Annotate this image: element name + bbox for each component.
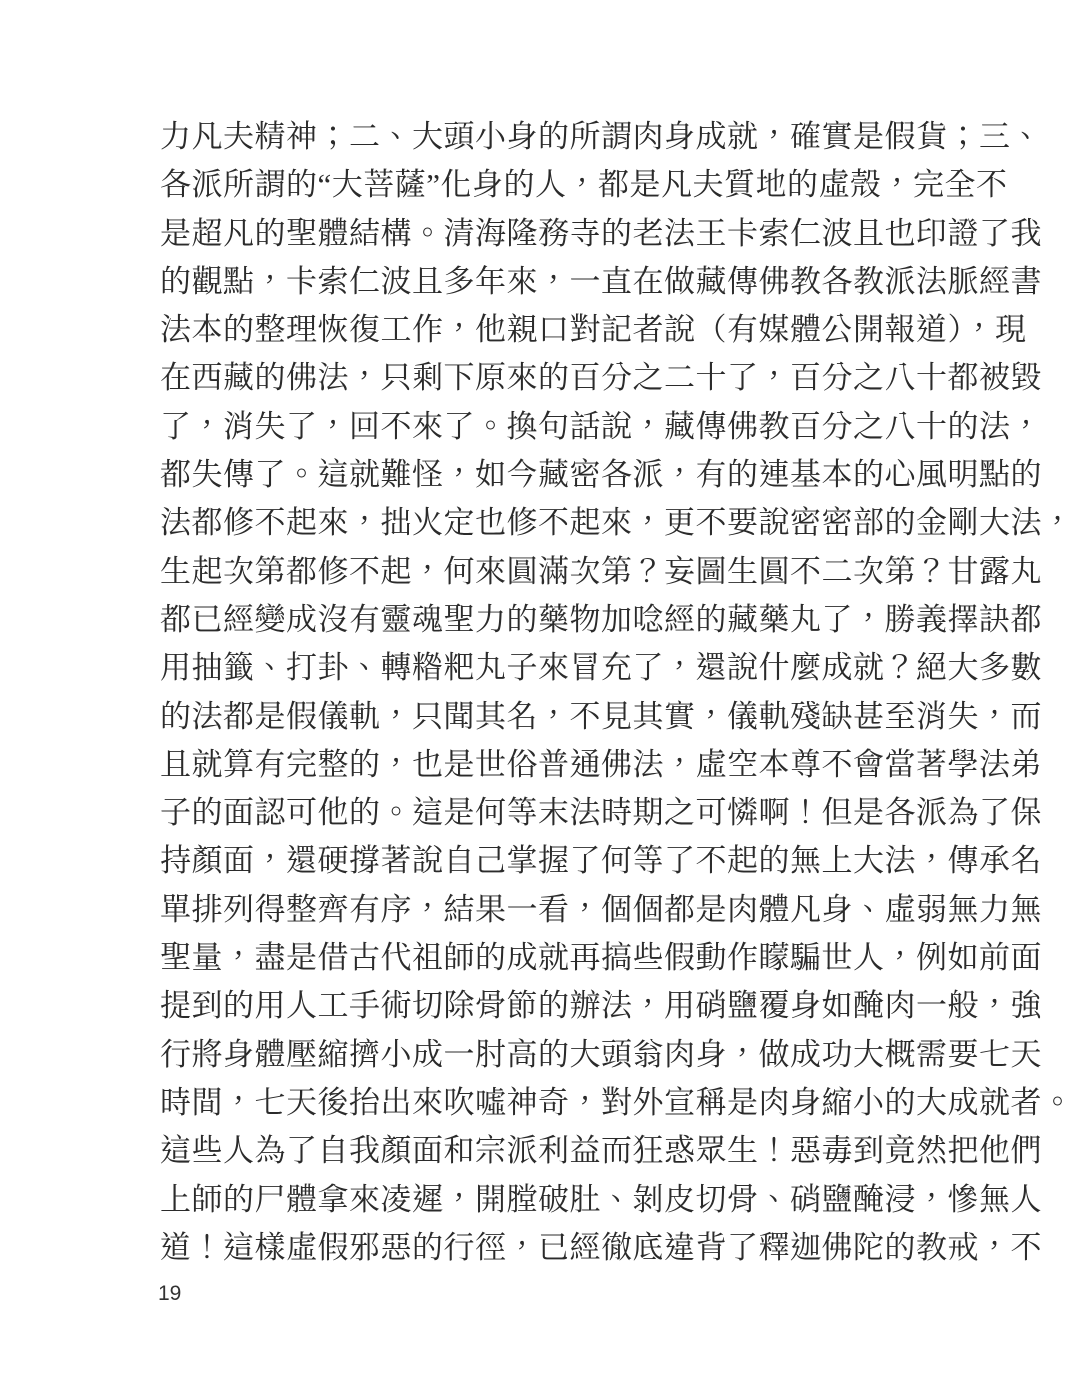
- text-line: 都失傳了。這就難怪，如今藏密各派，有的連基本的心風明點的: [160, 451, 966, 499]
- text-line: 時間，七天後抬出來吹噓神奇，對外宣稱是肉身縮小的大成就者。: [160, 1079, 966, 1127]
- text-line: 生起次第都修不起，何來圓滿次第？妄圖生圓不二次第？甘露丸: [160, 548, 966, 596]
- text-line: 且就算有完整的，也是世俗普通佛法，虛空本尊不會當著學法弟: [160, 741, 966, 789]
- text-line: 這些人為了自我顏面和宗派利益而狂惑眾生！惡毒到竟然把他們: [160, 1127, 966, 1175]
- page-number: 19: [158, 1282, 181, 1306]
- body-text: 力凡夫精神；二、大頭小身的所謂肉身成就，確實是假貨；三、各派所謂的“大菩薩”化身…: [160, 113, 966, 1272]
- text-line: 法本的整理恢復工作，他親口對記者說（有媒體公開報道），現: [160, 306, 966, 354]
- text-line: 聖量，盡是借古代祖師的成就再搞些假動作矇騙世人，例如前面: [160, 934, 966, 982]
- text-line: 道！這樣虛假邪惡的行徑，已經徹底違背了釋迦佛陀的教戒，不: [160, 1224, 966, 1272]
- text-line: 法都修不起來，拙火定也修不起來，更不要說密密部的金剛大法，: [160, 499, 966, 547]
- text-line: 各派所謂的“大菩薩”化身的人，都是凡夫質地的虛殼，完全不: [160, 161, 966, 209]
- document-page: 力凡夫精神；二、大頭小身的所謂肉身成就，確實是假貨；三、各派所謂的“大菩薩”化身…: [0, 0, 1080, 1397]
- text-line: 上師的尸體拿來凌遲，開膛破肚、剝皮切骨、硝鹽醃浸，慘無人: [160, 1176, 966, 1224]
- text-line: 子的面認可他的。這是何等末法時期之可憐啊！但是各派為了保: [160, 789, 966, 837]
- text-line: 提到的用人工手術切除骨節的辦法，用硝鹽覆身如醃肉一般，強: [160, 982, 966, 1030]
- text-line: 的觀點，卡索仁波且多年來，一直在做藏傳佛教各教派法脈經書: [160, 258, 966, 306]
- text-line: 力凡夫精神；二、大頭小身的所謂肉身成就，確實是假貨；三、: [160, 113, 966, 161]
- text-line: 單排列得整齊有序，結果一看，個個都是肉體凡身、虛弱無力無: [160, 886, 966, 934]
- text-line: 行將身體壓縮擠小成一肘高的大頭翁肉身，做成功大概需要七天: [160, 1031, 966, 1079]
- text-line: 的法都是假儀軌，只聞其名，不見其實，儀軌殘缺甚至消失，而: [160, 693, 966, 741]
- text-line: 用抽籤、打卦、轉糌粑丸子來冒充了，還說什麼成就？絕大多數: [160, 644, 966, 692]
- text-line: 在西藏的佛法，只剩下原來的百分之二十了，百分之八十都被毀: [160, 354, 966, 402]
- text-line: 是超凡的聖體結構。清海隆務寺的老法王卡索仁波且也印證了我: [160, 210, 966, 258]
- text-line: 了，消失了，回不來了。換句話說，藏傳佛教百分之八十的法，: [160, 403, 966, 451]
- text-line: 都已經變成沒有靈魂聖力的藥物加唸經的藏藥丸了，勝義擇訣都: [160, 596, 966, 644]
- text-line: 持顏面，還硬撐著說自己掌握了何等了不起的無上大法，傳承名: [160, 837, 966, 885]
